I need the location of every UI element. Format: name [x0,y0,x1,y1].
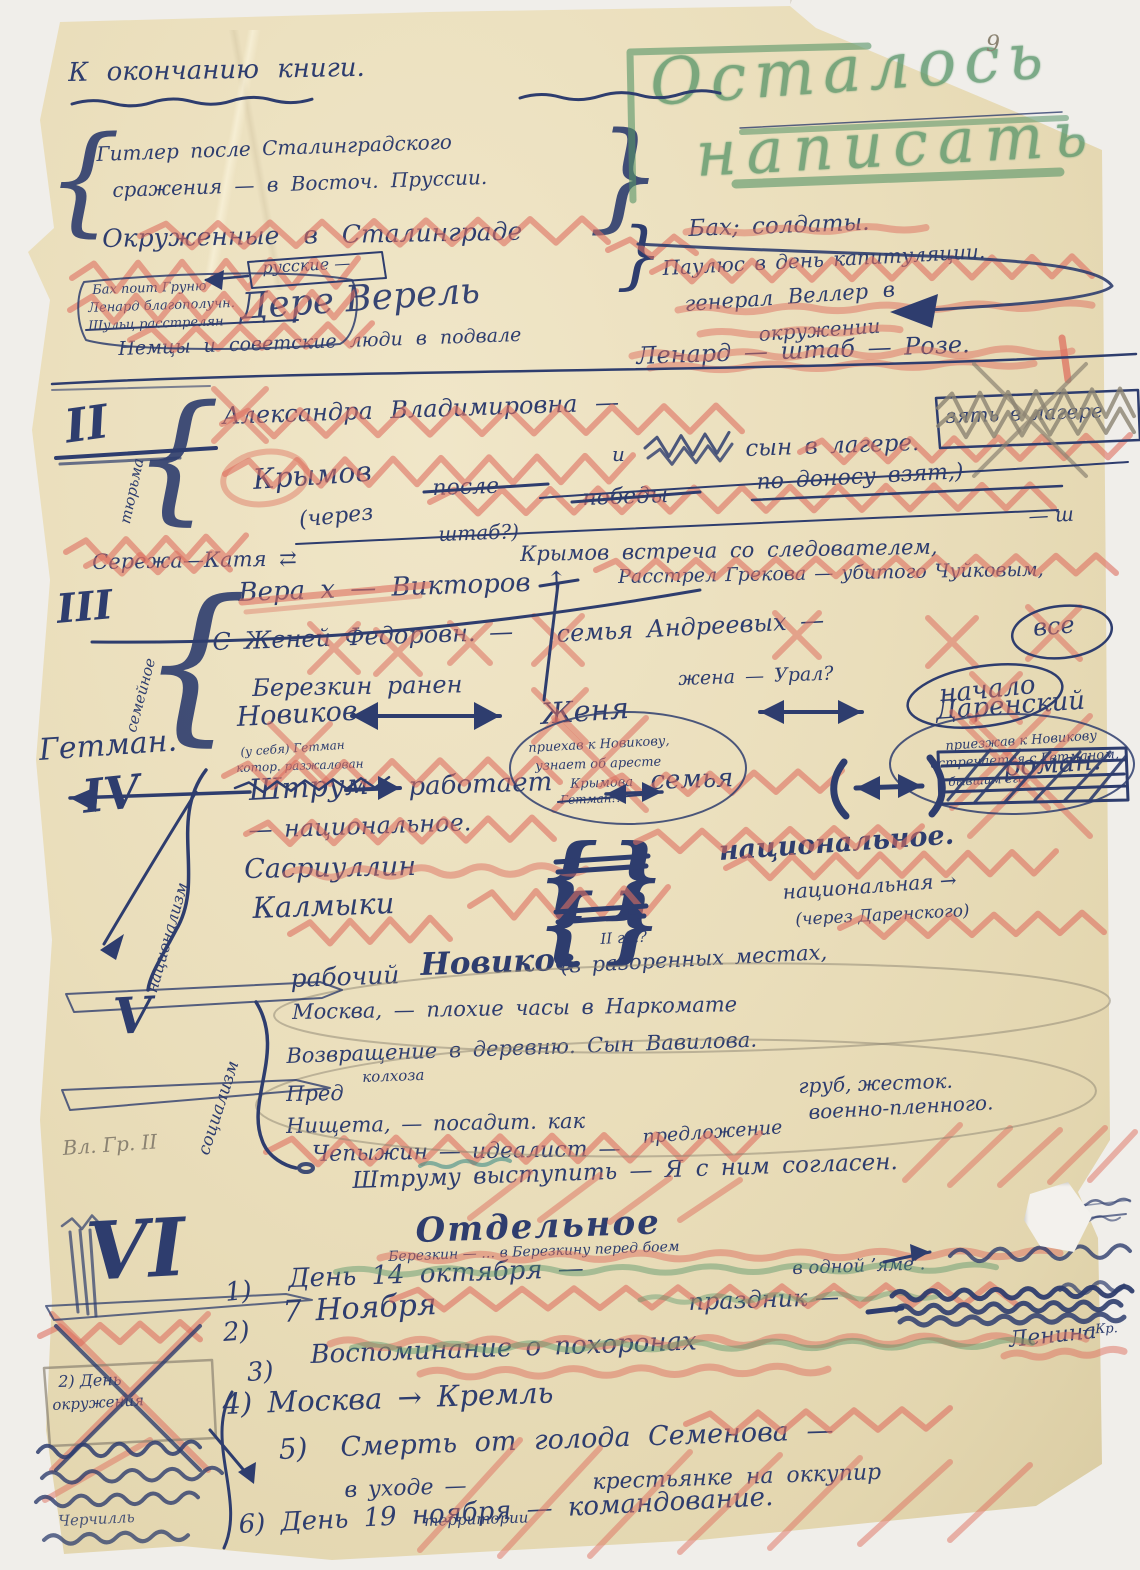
hitler-line-2: сражения — в Восточ. Пруссии. [112,167,487,200]
semya-andreevykh: семья Андреевых — [556,608,825,646]
item2b: праздник — [688,1285,839,1314]
natsionalnoe-2: национальное. [718,822,955,865]
bah-box-2: Ленард благополучн. [88,297,235,315]
posle: после [432,476,499,500]
brace-ii: { [132,388,221,528]
margin-item2-num: 2) День [58,1372,122,1390]
syn-v-lagere: сын в лагере. [745,432,920,461]
novikov-2: Новиков [420,945,576,981]
item4: 4) Москва → Кремль [222,1378,554,1419]
krymov: Крымов [252,458,372,494]
brace-iii: { [140,578,248,748]
title: К окончанию книги. [68,55,365,86]
numeral-iii: III [55,585,114,630]
bah-box-1: Бах поит Груню [92,280,207,297]
berezkin-ranen: Березкин ранен [252,672,463,700]
novikov: Новиков [236,698,358,731]
s-zheney: С Женей Федоровн. — [212,619,514,653]
item5-num: 5) [278,1434,308,1463]
item1b: в одной ’яме’. [792,1255,926,1278]
item3-num: 3) [246,1358,274,1386]
zhenya-sub-2: узнает об аресте [535,756,661,773]
zhena-ural: жена — Урал? [678,665,834,689]
kolkhoza: колхоза [362,1068,425,1085]
item2-num: 2) [222,1318,250,1346]
lenina: Ленина [1008,1321,1097,1352]
vozvrashchenie: Возвращение в деревню. Сын Вавилова. [286,1030,757,1067]
okruzhennye: Окруженные в Сталинграде [102,219,522,251]
sasriullin: Сасриуллин [244,853,416,883]
rabota: работает [408,769,553,800]
semya: семья [650,765,734,794]
natsionalnoe-1: — национальное. [248,810,472,842]
vl-gr: Вл. Гр. II [62,1131,158,1158]
bah-soldaty: Бах; солдаты. [688,212,870,241]
item3: Воспоминание о похоронах [310,1329,697,1368]
cherez-darenskogo: (через Даренского) [795,903,970,929]
novikov-sub-1: (у себя) Гетман [240,739,345,758]
cherez: (через [298,502,374,532]
general-veller: генерал Веллер в [684,279,896,315]
vera-viktorov: Вера х — Викторов ↑ [238,569,568,606]
brace-hitler-open: { [46,120,121,238]
hitler-line-1: Гитлер после Сталинградского [96,132,452,164]
aleksandra: Александра Владимировна — [222,390,619,428]
zhenya-sub-3: Крымова [570,776,633,791]
natsionalnaya: национальная → [782,870,957,902]
zyat: зять в лагере [945,400,1103,425]
russkie: русские — [262,255,351,276]
nishcheta: Нищета, — посадит. как [286,1111,585,1137]
numeral-vi: VI [84,1207,188,1292]
roman: роман. [1002,747,1102,781]
predlozhenie: предложение [642,1118,783,1147]
sh-mark: — ш [1028,504,1074,526]
bah-box-3: Шульц расстрелян [88,315,224,333]
dore: Дере Верель [238,273,481,326]
vert-iv: национализм [144,881,191,995]
voenno-plennogo: военно-пленного. [808,1092,994,1122]
rasstrel: Расстрел Грекова — убитого Чуйковым, [618,561,1044,587]
margin-item2: окружения [52,1393,144,1413]
zhenya-sub-1: приехав к Новикову, [528,735,670,755]
handwritten-notes-layer: К окончанию книги.Осталосьнаписать9{}Гит… [0,0,1140,1570]
lenard: Ленард — штаб — Розе. [636,332,970,368]
zhenya: Женя [540,694,630,729]
vert-v: социализм [196,1059,242,1157]
pobedy: победы [582,485,668,510]
green-slogan-2: написать [694,103,1099,186]
shtrum: Штрум [248,770,369,805]
po-donosu: по доносу взят,) [756,461,964,494]
pred: Пред [286,1083,344,1105]
kalmyki: Калмыки [252,889,395,923]
grub-zhestok: груб, жесток. [798,1071,953,1096]
zhenya-sub-4: Гетман!! [560,792,621,806]
numeral-iv: IV [80,768,142,820]
paulus: Паулюс в день капитуляции. [662,241,986,278]
i-syn: и [612,444,625,464]
item1: День 14 октября — [288,1256,584,1292]
brace-okr: } [616,218,663,292]
manuscript-scan: К окончанию книги.Осталосьнаписать9{}Гит… [0,0,1140,1570]
rabochiy: рабочий [290,962,400,991]
ii-gl: II гл.? [600,930,647,947]
item1-num: 1) [224,1278,253,1306]
shtab: штаб?) [438,521,519,544]
numeral-v: V [112,990,153,1042]
item5: Смерть от голода Семенова — [340,1417,834,1461]
moskva-chasy: Москва, — плохие часы в Наркомате [292,994,737,1023]
page-number: 9 [986,34,1000,56]
item6: 6) День 19 ноября — командование. [238,1484,774,1538]
vse: все [1032,612,1076,640]
item2: 7 Ноября [282,1290,437,1328]
nemtsy: Немцы и советские люди в подвале [118,326,522,359]
numeral-ii: II [62,398,111,450]
churchill: Черчилль [58,1510,135,1529]
